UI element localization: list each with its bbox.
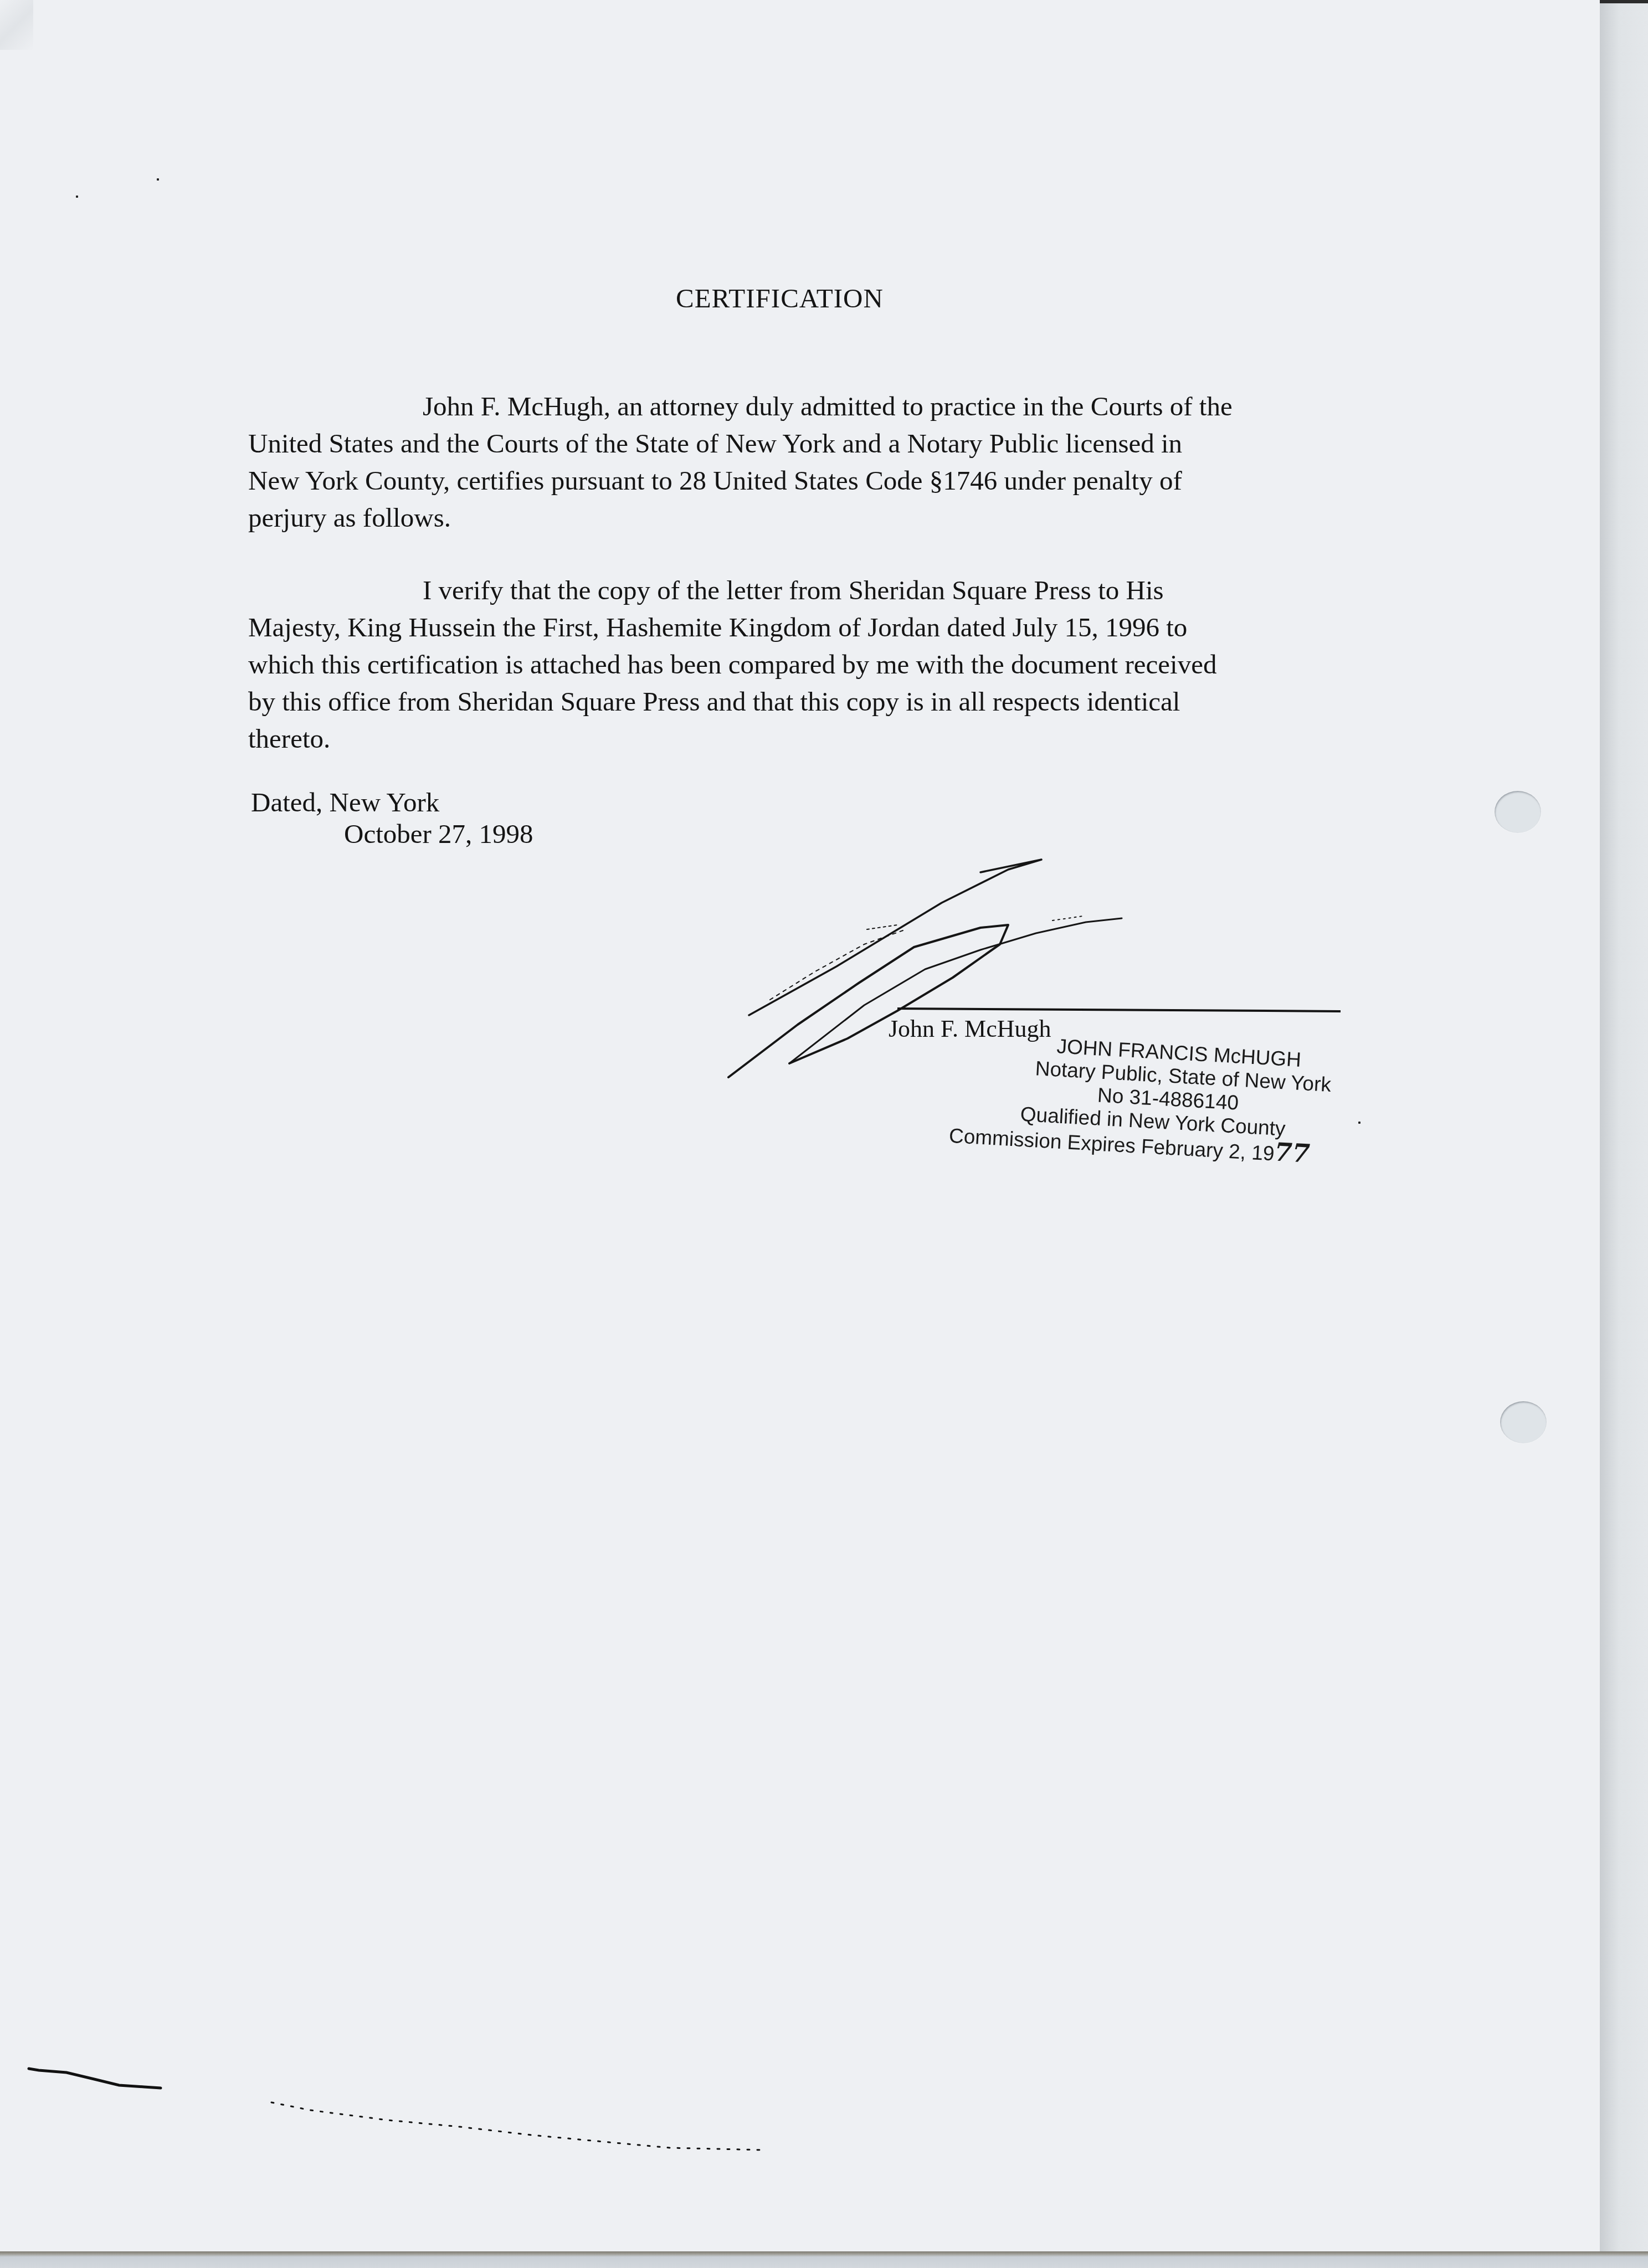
scan-dust-speck xyxy=(157,178,159,181)
punch-hole xyxy=(1500,1401,1547,1443)
dated-block: Dated, New York October 27, 1998 xyxy=(251,786,533,850)
scan-dust-speck xyxy=(76,196,78,198)
paragraph-line: United States and the Courts of the Stat… xyxy=(248,425,1356,462)
paper-crease xyxy=(0,0,33,50)
dated-place: Dated, New York xyxy=(251,787,439,817)
paragraph-line: by this office from Sheridan Square Pres… xyxy=(248,683,1356,720)
paper-page: CERTIFICATION John F. McHugh, an attorne… xyxy=(0,0,1600,2251)
punch-hole xyxy=(1495,791,1541,833)
paragraph-line: I verify that the copy of the letter fro… xyxy=(248,572,1356,609)
dated-date: October 27, 1998 xyxy=(251,818,533,850)
scanner-bed-bottom xyxy=(0,2251,1648,2268)
paragraph-line: John F. McHugh, an attorney duly admitte… xyxy=(248,388,1356,425)
scanned-document: CERTIFICATION John F. McHugh, an attorne… xyxy=(0,0,1648,2268)
signature-line xyxy=(897,1007,1341,1012)
notary-expiry-handwritten-year: 77 xyxy=(1274,1137,1311,1169)
scan-artifact-marks xyxy=(0,2022,831,2188)
scanner-bed-right xyxy=(1600,0,1648,2251)
paragraph-line: New York County, certifies pursuant to 2… xyxy=(248,462,1356,499)
paragraph-attorney-statement: John F. McHugh, an attorney duly admitte… xyxy=(248,388,1356,536)
scanner-lid-edge xyxy=(1600,0,1648,3)
paragraph-line: thereto. xyxy=(248,720,1356,757)
paragraph-verification: I verify that the copy of the letter fro… xyxy=(248,572,1356,757)
paragraph-line: Majesty, King Hussein the First, Hashemi… xyxy=(248,609,1356,646)
notary-stamp: JOHN FRANCIS McHUGH Notary Public, State… xyxy=(968,1030,1362,1170)
scan-dust-speck xyxy=(1358,1122,1361,1124)
paragraph-line: perjury as follows. xyxy=(248,499,1356,536)
paragraph-line: which this certification is attached has… xyxy=(248,646,1356,683)
document-title: CERTIFICATION xyxy=(676,282,884,314)
